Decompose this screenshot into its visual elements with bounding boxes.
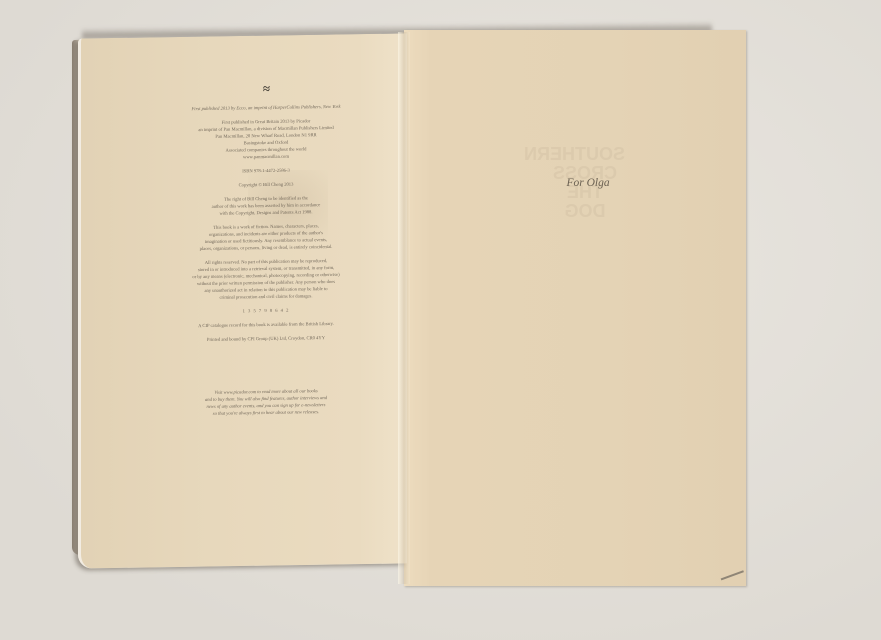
cip-record: A CIP catalogue record for this book is … (132, 319, 400, 330)
right-page (404, 30, 746, 586)
moral-rights: The right of Bill Cheng to be identified… (132, 193, 400, 218)
open-book: ≈ First published 2013 by Ecco, an impri… (0, 0, 881, 640)
copyright-para-0: First published 2013 by Ecco, an imprint… (132, 102, 400, 113)
dedication-text: For Olga (538, 177, 638, 189)
publisher-website-note: Visit www.picador.com to read more about… (132, 386, 400, 418)
printing-line: 1 3 5 7 9 8 6 4 2 (132, 305, 400, 316)
copyright-para-1: First published in Great Britain 2013 by… (132, 116, 400, 162)
all-rights-reserved: All rights reserved. No part of this pub… (132, 256, 400, 302)
copyright-block: ≈ First published 2013 by Ecco, an impri… (132, 80, 400, 425)
publisher-logo-icon: ≈ (132, 80, 400, 98)
isbn: ISBN 978-1-4472-2586-3 (132, 165, 400, 176)
printer-info: Printed and bound by CPI Group (UK) Ltd,… (132, 333, 400, 344)
copyright-notice: Copyright © Bill Cheng 2013 (132, 179, 400, 190)
fiction-disclaimer: This book is a work of fiction. Names, c… (132, 221, 400, 253)
